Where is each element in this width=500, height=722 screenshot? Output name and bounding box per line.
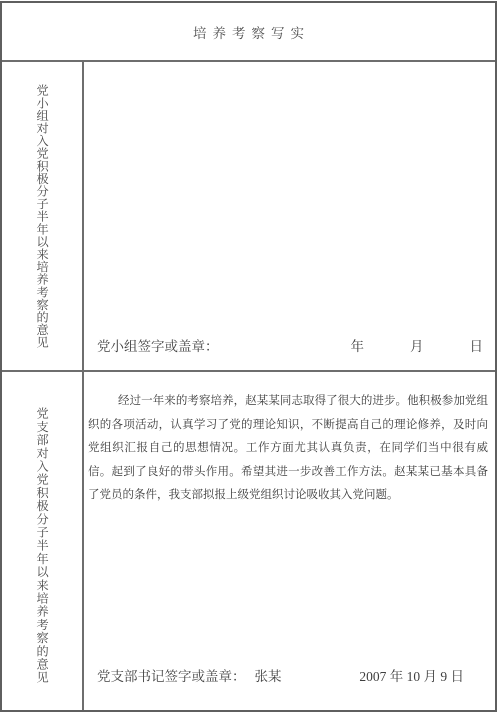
- party-branch-signature-label: 党支部书记签字或盖章：: [97, 665, 246, 685]
- party-branch-opinion-section: 党支部对入党积极分子半年以来培养考察的意见 经过一年来的考察培养，赵某某同志取得…: [2, 372, 495, 710]
- signature-name: 张某: [255, 665, 282, 685]
- month-label: 月: [410, 335, 424, 355]
- year-label: 年: [351, 335, 365, 355]
- party-branch-signature-row: 党支部书记签字或盖章： 张某 2007 年 10 月 9 日: [84, 665, 495, 710]
- party-group-side-label: 党小组对入党积极分子半年以来培养考察的意见: [36, 84, 48, 349]
- party-branch-signature-group: 党支部书记签字或盖章： 张某: [97, 665, 282, 685]
- date-blank-fields: 年 月 日: [351, 335, 484, 355]
- party-group-content-cell: 党小组签字或盖章： 年 月 日: [84, 62, 495, 370]
- party-branch-content-cell: 经过一年来的考察培养，赵某某同志取得了很大的进步。他积极参加党组织的各项活动，认…: [84, 372, 495, 710]
- party-group-opinion-section: 党小组对入党积极分子半年以来培养考察的意见 党小组签字或盖章： 年 月 日: [2, 62, 495, 372]
- evaluation-body-text: 经过一年来的考察培养，赵某某同志取得了很大的进步。他积极参加党组织的各项活动，认…: [84, 372, 495, 508]
- party-branch-side-label: 党支部对入党积极分子半年以来培养考察的意见: [36, 407, 48, 684]
- page-title: 培养考察写实: [2, 3, 495, 62]
- party-group-signature-row: 党小组签字或盖章： 年 月 日: [84, 335, 495, 370]
- day-label: 日: [470, 335, 484, 355]
- party-group-signature-label: 党小组签字或盖章：: [97, 335, 219, 355]
- party-group-side-cell: 党小组对入党积极分子半年以来培养考察的意见: [2, 62, 84, 370]
- cultivation-record-table: 培养考察写实 党小组对入党积极分子半年以来培养考察的意见 党小组签字或盖章： 年…: [0, 1, 497, 712]
- signature-date: 2007 年 10 月 9 日: [359, 665, 464, 685]
- party-branch-side-cell: 党支部对入党积极分子半年以来培养考察的意见: [2, 372, 84, 710]
- form-sheet: 培养考察写实 党小组对入党积极分子半年以来培养考察的意见 党小组签字或盖章： 年…: [0, 0, 500, 722]
